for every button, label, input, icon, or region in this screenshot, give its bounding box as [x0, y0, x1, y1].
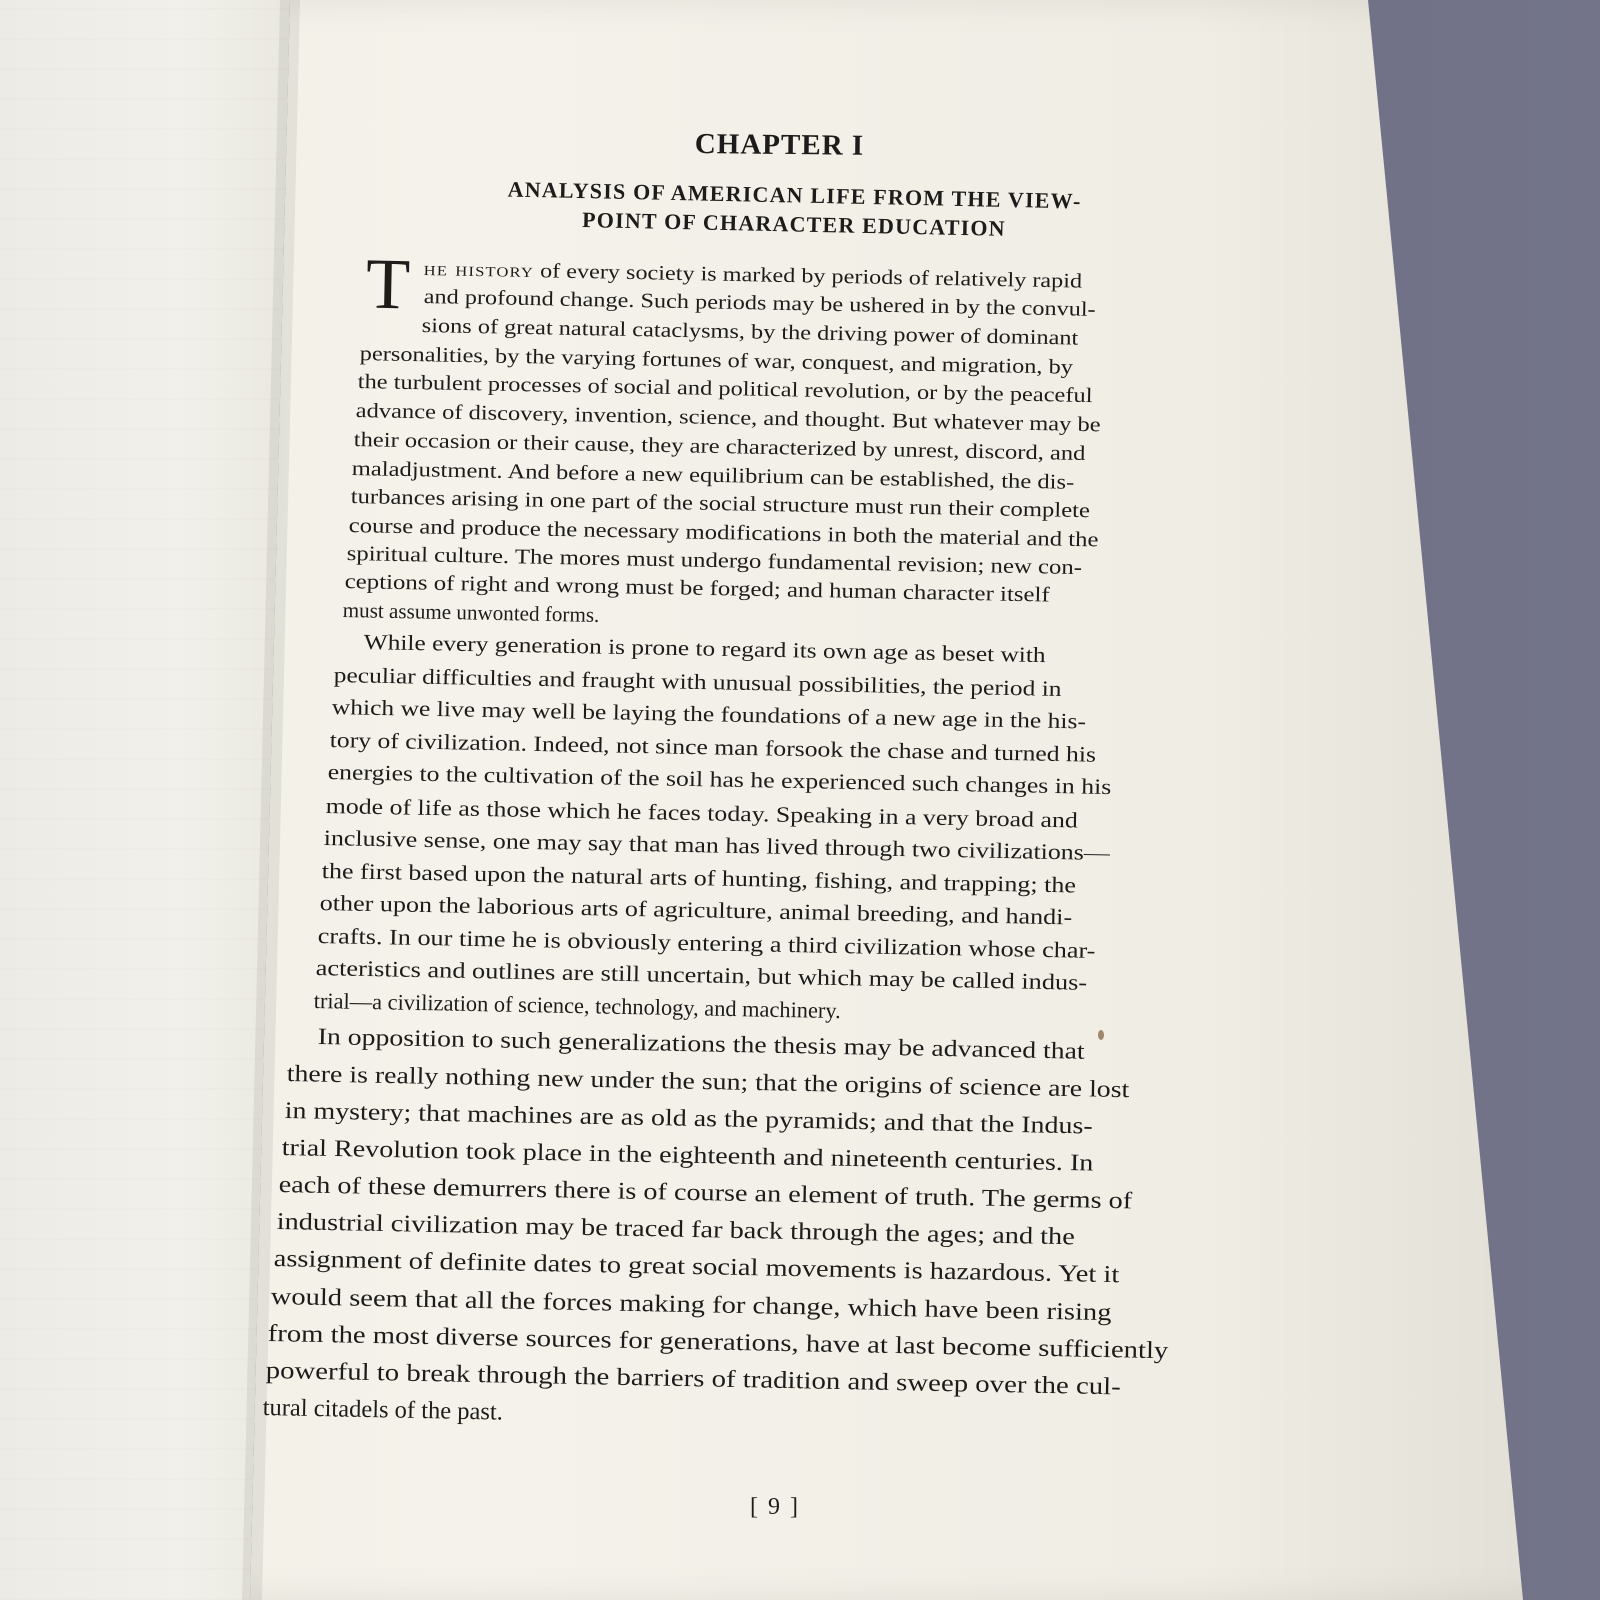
body-text-line: which we live may well be laying the fou…	[332, 695, 1087, 734]
body-text-line: In opposition to such generalizations th…	[317, 1024, 1084, 1066]
chapter-number: CHAPTER I	[695, 128, 865, 163]
body-text-line: peculiar difficulties and fraught with u…	[334, 663, 1062, 702]
paper-stain	[1098, 1030, 1104, 1040]
body-text-line: trial Revolution took place in the eight…	[281, 1135, 1093, 1178]
body-text-line: While every generation is prone to regar…	[364, 630, 1046, 668]
body-text-line: powerful to break through the barriers o…	[265, 1357, 1121, 1401]
body-text-fragment: of every society is marked by periods of…	[534, 260, 1082, 293]
body-text-line: from the most diverse sources for genera…	[268, 1320, 1169, 1365]
body-text-line: energies to the cultivation of the soil …	[328, 760, 1112, 800]
body-text-line: sions of great natural cataclysms, by th…	[422, 315, 1079, 351]
body-text-line: assignment of definite dates to great so…	[273, 1246, 1119, 1289]
body-text-line: trial—a civilization of science, technol…	[314, 988, 841, 1024]
body-text-line: there is really nothing new under the su…	[287, 1061, 1130, 1104]
body-text-line: in mystery; that machines are as old as …	[284, 1098, 1092, 1141]
drop-cap: T	[365, 248, 410, 321]
body-text-line: tural citadels of the past.	[262, 1394, 503, 1427]
chapter-title: ANALYSIS OF AMERICAN LIFE FROM THE VIEW-…	[389, 172, 1200, 247]
page-number: [ 9 ]	[750, 1494, 800, 1521]
body-text-line: industrial civilization may be traced fa…	[276, 1209, 1075, 1251]
opening-small-caps: he history	[424, 258, 535, 282]
body-text-line: each of these demurrers there is of cour…	[279, 1172, 1133, 1215]
body-text-line: must assume unwonted forms.	[342, 598, 599, 628]
page-content: CHAPTER I ANALYSIS OF AMERICAN LIFE FROM…	[0, 0, 1600, 1600]
body-text-line: would seem that all the forces making fo…	[271, 1283, 1112, 1327]
